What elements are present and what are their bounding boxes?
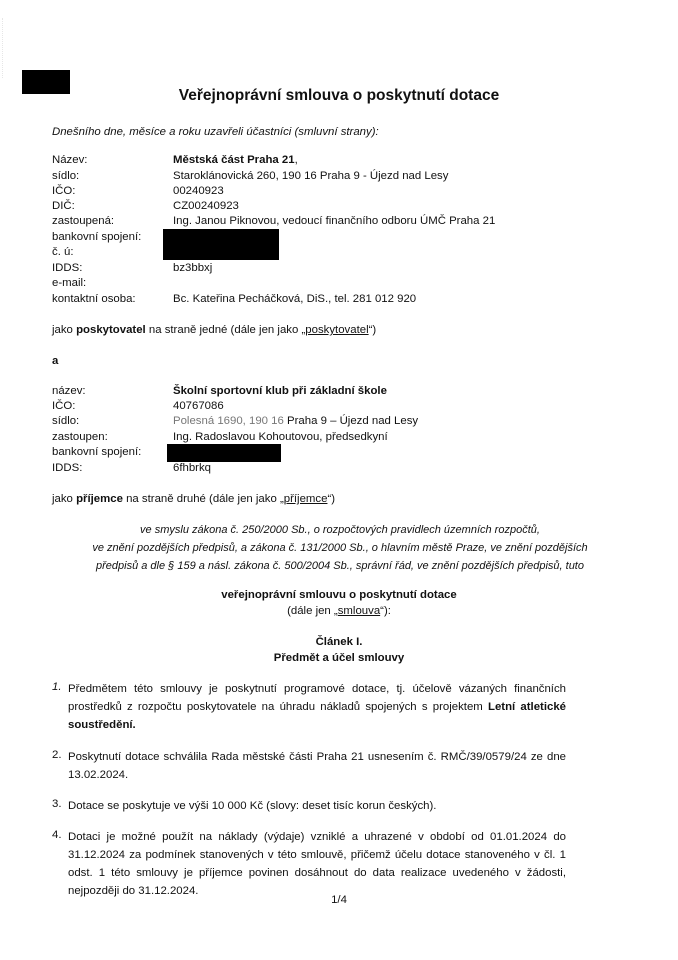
- clause-list: 1. Předmětem této smlouvy je poskytnutí …: [52, 680, 566, 734]
- clause-2-wrap: 2. Poskytnutí dotace schválila Rada měst…: [52, 748, 566, 784]
- redaction-box-recipient-bank: [167, 444, 281, 462]
- recipient-ico-row: IČO: 40767086: [52, 399, 612, 414]
- provider-idds-row: IDDS: bz3bbxj: [52, 261, 612, 276]
- legal-basis: ve smyslu zákona č. 250/2000 Sb., o rozp…: [40, 521, 640, 575]
- scan-artifact-left: [2, 18, 13, 78]
- clause-4: 4. Dotaci je možné použít na náklady (vý…: [52, 828, 566, 900]
- provider-dic-row: DIČ: CZ00240923: [52, 199, 612, 214]
- clause-2: 2. Poskytnutí dotace schválila Rada měst…: [52, 748, 566, 784]
- provider-seat: Staroklánovická 260, 190 16 Praha 9 - Új…: [173, 169, 448, 184]
- provider-ico-row: IČO: 00240923: [52, 184, 612, 199]
- provider-account-row: č. ú:: [52, 245, 612, 260]
- page-title: Veřejnoprávní smlouva o poskytnutí dotac…: [0, 86, 678, 106]
- recipient-ico: 40767086: [173, 399, 224, 414]
- scan-artifact-top: [470, 12, 620, 28]
- intro-text: Dnešního dne, měsíce a roku uzavřeli úča…: [52, 125, 379, 140]
- provider-idds: bz3bbxj: [173, 261, 212, 276]
- provider-ico: 00240923: [173, 184, 224, 199]
- redaction-box-provider-bank: [163, 229, 279, 260]
- recipient-represented-row: zastoupen: Ing. Radoslavou Kohoutovou, p…: [52, 430, 612, 445]
- provider-seat-row: sídlo: Staroklánovická 260, 190 16 Praha…: [52, 169, 612, 184]
- recipient-street: Polesná 1690, 190 16: [173, 415, 287, 427]
- provider-name-row: Název: Městská část Praha 21,: [52, 153, 612, 168]
- recipient-bank-row: bankovní spojení:: [52, 445, 612, 460]
- provider-role-statement: jako poskytovatel na straně jedné (dále …: [52, 323, 376, 338]
- provider-represented-row: zastoupená: Ing. Janou Piknovou, vedoucí…: [52, 214, 612, 229]
- conjunction: a: [52, 354, 58, 369]
- provider-bank-row: bankovní spojení:: [52, 230, 612, 245]
- recipient-role-statement: jako příjemce na straně druhé (dále jen …: [52, 492, 335, 507]
- recipient-idds: 6fhbrkq: [173, 461, 211, 476]
- provider-contact: Bc. Kateřina Pecháčková, DiS., tel. 281 …: [173, 292, 416, 307]
- recipient-representative: Ing. Radoslavou Kohoutovou, předsedkyní: [173, 430, 388, 445]
- clause-3: 3. Dotace se poskytuje ve výši 10 000 Kč…: [52, 797, 566, 815]
- article-number: Článek I.: [0, 635, 678, 650]
- provider-contact-row: kontaktní osoba: Bc. Kateřina Pecháčková…: [52, 292, 612, 307]
- provider-representative: Ing. Janou Piknovou, vedoucí finančního …: [173, 214, 495, 229]
- page-number: 1/4: [0, 893, 678, 908]
- recipient-name: Školní sportovní klub při základní škole: [173, 384, 387, 399]
- contract-name: veřejnoprávní smlouvu o poskytnutí dotac…: [0, 588, 678, 603]
- provider-name: Městská část Praha 21: [173, 154, 295, 166]
- field-label: Název:: [52, 153, 87, 168]
- article-title: Předmět a účel smlouvy: [0, 651, 678, 666]
- recipient-idds-row: IDDS: 6fhbrkq: [52, 461, 612, 476]
- provider-dic: CZ00240923: [173, 199, 239, 214]
- clause-1: 1. Předmětem této smlouvy je poskytnutí …: [52, 680, 566, 734]
- clause-4-wrap: 4. Dotaci je možné použít na náklady (vý…: [52, 828, 566, 900]
- contract-alias: (dále jen „smlouva“):: [0, 604, 678, 619]
- provider-email-row: e-mail:: [52, 276, 612, 291]
- recipient-city: Praha 9 – Újezd nad Lesy: [287, 415, 418, 427]
- recipient-name-row: název: Školní sportovní klub při základn…: [52, 384, 612, 399]
- clause-3-wrap: 3. Dotace se poskytuje ve výši 10 000 Kč…: [52, 797, 566, 815]
- recipient-seat-row: sídlo: Polesná 1690, 190 16 Praha 9 – Új…: [52, 414, 612, 429]
